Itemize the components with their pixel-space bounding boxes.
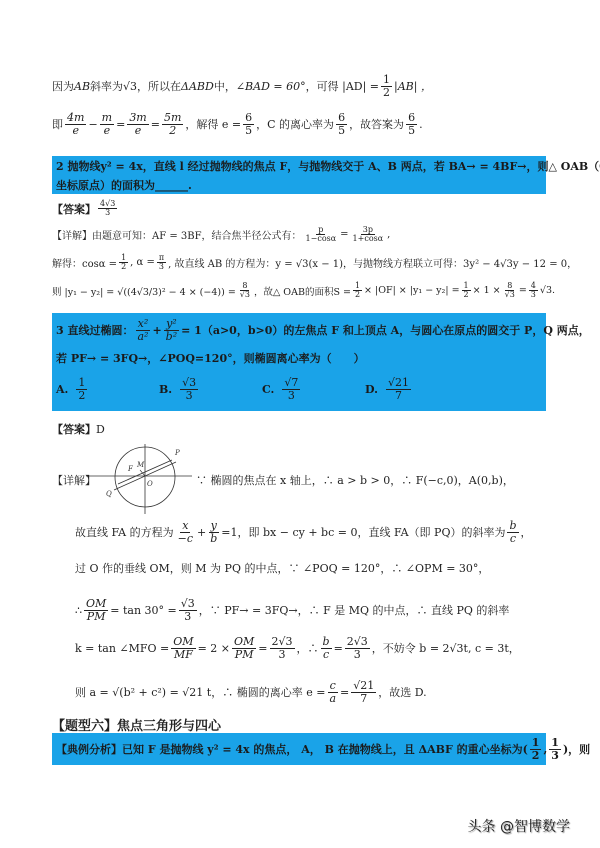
denominator: 1−cosα <box>304 235 339 243</box>
text: 3 直线过椭圆： <box>56 322 133 338</box>
numerator: m <box>100 112 114 125</box>
question-3-answer: 【答案】 D <box>52 421 105 437</box>
question-2-line-1: 2 抛物线y² = 4x，直线 l 经过抛物线的焦点 F，与抛物线交于 A、B … <box>52 156 546 175</box>
text: ，故选 D. <box>378 684 426 700</box>
prev-solution-line-2: 即 4me − me = 3me = 5m2 ，解得 e = 65 ，C 的离心… <box>52 112 423 136</box>
numerator: y <box>209 520 219 533</box>
option-label: C. <box>262 383 274 396</box>
text: ∴ <box>75 604 82 617</box>
denominator: 2 <box>353 291 362 299</box>
denominator: MF <box>172 649 195 661</box>
fraction: bc <box>507 520 518 544</box>
numerator: 1 <box>549 737 561 750</box>
denominator: PM <box>233 649 256 661</box>
answer-label: 【答案】 <box>52 421 96 437</box>
denominator: 3 <box>529 291 538 299</box>
fraction: 65 <box>406 112 417 136</box>
operator: + <box>152 324 161 337</box>
fraction: π3 <box>157 254 166 272</box>
question-3-line-2: 若 PF→ = 3FQ→，∠POQ=120°，则椭圆离心率为（ ） <box>52 347 546 369</box>
numerator: √7 <box>282 377 300 390</box>
numerator: √21 <box>386 377 411 390</box>
text: =1，即 bx − cy + bc = 0，直线 FA（即 PQ）的斜率为 <box>221 524 505 540</box>
circle-diagram: P M F O Q <box>84 442 194 514</box>
denominator: 5 <box>336 125 347 137</box>
fraction: √33 <box>179 598 197 622</box>
answer-value: D <box>96 423 105 436</box>
denominator: 2 <box>76 390 87 402</box>
math: AB <box>74 80 90 93</box>
numerator: OM <box>171 636 195 649</box>
option-fraction: √217 <box>386 377 411 401</box>
text: ，不妨令 b = 2√3t, c = 3t， <box>372 640 520 656</box>
fraction: 5m2 <box>162 112 183 136</box>
operator: = <box>116 118 125 131</box>
numerator: 4m <box>65 112 86 125</box>
text: , <box>543 743 547 756</box>
option-b[interactable]: B. √33 <box>159 377 262 401</box>
text: √3. <box>540 285 555 296</box>
operator: = <box>151 118 160 131</box>
text: = <box>340 686 349 699</box>
fraction: OMPM <box>232 636 256 660</box>
label-q: Q <box>106 490 112 498</box>
fraction: 3me <box>127 112 148 136</box>
denominator: e <box>70 125 81 137</box>
text: × |OF| × |y₁ − y₂| = <box>364 285 460 296</box>
denominator: a <box>327 693 338 705</box>
question-3-detail-label-row: 【详解】 <box>52 472 96 488</box>
denominator: 5 <box>406 125 417 137</box>
denominator: 3 <box>184 390 195 402</box>
numerator: OM <box>84 598 108 611</box>
text: = <box>519 285 527 296</box>
text: 则 |y₁ − y₂| = √((4√3/3)² − 4 × (−4)) = <box>52 284 236 298</box>
label-m: M <box>136 461 145 469</box>
text: 斜率为 <box>90 78 123 94</box>
text: , 故直线 AB 的方程为：y = √3(x − 1)，与抛物线方程联立可得：3… <box>168 255 577 270</box>
text: ，C 的离心率为 <box>256 116 334 132</box>
text: ，解得 e = <box>185 116 241 132</box>
text: ，可得 |AD| = <box>306 78 379 94</box>
example-analysis-box: 【典例分析】已知 F 是抛物线 y² = 4x 的焦点， A， B 在抛物线上，… <box>52 733 546 765</box>
text: )，则 <box>563 741 590 757</box>
fraction: 43 <box>529 282 538 300</box>
numerator: 2√3 <box>345 636 370 649</box>
denominator: c <box>508 533 518 545</box>
fraction: 65 <box>336 112 347 136</box>
fraction: 12 <box>530 737 542 761</box>
denominator: −c <box>176 533 195 545</box>
denominator: 2 <box>462 291 471 299</box>
text: 故直线 FA 的方程为 <box>75 524 174 540</box>
numerator: 6 <box>336 112 347 125</box>
fraction: ca <box>327 680 338 704</box>
text: 【典例分析】已知 F 是抛物线 y² = 4x 的焦点， A， B 在抛物线上，… <box>56 741 528 757</box>
fraction: 12 <box>462 282 471 300</box>
fraction: 12 <box>119 254 128 272</box>
numerator: 6 <box>243 112 254 125</box>
denominator: 3 <box>549 750 561 762</box>
option-label: D. <box>365 383 378 396</box>
numerator: √21 <box>351 680 376 693</box>
text: = <box>258 642 267 655</box>
prev-solution-line-1: 因为 AB 斜率为 √3 ，所以在 ΔABD 中， ∠BAD = 60° ，可得… <box>52 74 432 98</box>
denominator: 2 <box>167 125 178 137</box>
option-label: A. <box>56 383 68 396</box>
detail-label: 【详解】 <box>52 227 92 242</box>
text: 则 a = √(b² + c²) = √21 t，∴ 椭圆的离心率 e = <box>75 684 325 700</box>
detail-label: 【详解】 <box>52 472 96 488</box>
text: 由题意可知：AF = 3BF，结合焦半径公式有： <box>92 227 302 242</box>
question-3-detail-line-5: k = tan ∠MFO = OMMF = 2 × OMPM = 2√33 ，∴… <box>75 636 520 660</box>
numerator: 6 <box>406 112 417 125</box>
watermark: 头条 @智博数学 <box>468 816 570 836</box>
text: ，∴ <box>297 640 319 656</box>
option-c[interactable]: C. √73 <box>262 377 365 401</box>
text: ， <box>521 524 532 540</box>
text: = tan 30° = <box>110 604 176 617</box>
text: ，故答案为 <box>349 116 404 132</box>
fraction: x²a² <box>135 318 150 342</box>
fraction: yb <box>208 520 219 544</box>
question-2-answer: 【答案】 4√33 <box>52 200 119 218</box>
fraction: 3p1+cosα <box>351 226 386 244</box>
math: ΔABD <box>181 80 214 93</box>
denominator: √3 <box>238 291 252 299</box>
answer-fraction: 4√33 <box>98 200 117 218</box>
numerator: 2√3 <box>270 636 295 649</box>
operator: + <box>197 526 206 539</box>
fraction: 13 <box>549 737 561 761</box>
numerator: c <box>328 680 338 693</box>
text: = 1（a>0，b>0）的左焦点 F 和上顶点 A，与圆心在原点的圆交于 P，Q… <box>181 322 590 338</box>
numerator: 5m <box>162 112 183 125</box>
document-page: 因为 AB 斜率为 √3 ，所以在 ΔABD 中， ∠BAD = 60° ，可得… <box>0 0 600 848</box>
numerator: 3m <box>127 112 148 125</box>
option-label: B. <box>159 383 172 396</box>
text: . <box>419 118 423 131</box>
fraction: p1−cosα <box>304 226 339 244</box>
denominator: 5 <box>243 125 254 137</box>
option-fraction: √73 <box>282 377 300 401</box>
denominator: b² <box>164 331 179 343</box>
numerator: 1 <box>76 377 87 390</box>
question-2-line-2: 坐标原点）的面积为______. <box>52 175 546 194</box>
label-o: O <box>147 480 153 488</box>
question-3-detail-line-1: ∵ 椭圆的焦点在 x 轴上，∴ a > b > 0，∴ F(−c,0)，A(0,… <box>196 472 514 488</box>
denominator: 7 <box>358 693 369 705</box>
math: |AB| ， <box>394 78 432 94</box>
denominator: e <box>133 125 144 137</box>
denominator: 2 <box>119 263 128 271</box>
text: 中， <box>214 78 236 94</box>
option-a[interactable]: A. 12 <box>56 377 159 401</box>
text: 即 <box>52 116 63 132</box>
numerator: √3 <box>179 598 197 611</box>
denominator: a² <box>135 331 150 343</box>
fraction: 65 <box>243 112 254 136</box>
question-3-box: 3 直线过椭圆： x²a² + y²b² = 1（a>0，b>0）的左焦点 F … <box>52 313 546 411</box>
text: 解得：cosα = <box>52 255 117 270</box>
question-3-detail-line-3: 过 O 作的垂线 OM，则 M 为 PQ 的中点，∵ ∠POQ = 120°，∴… <box>75 560 489 576</box>
fraction: 8√3 <box>238 282 252 300</box>
question-3-detail-line-6: 则 a = √(b² + c²) = √21 t，∴ 椭圆的离心率 e = ca… <box>75 680 427 704</box>
question-2-box: 2 抛物线y² = 4x，直线 l 经过抛物线的焦点 F，与抛物线交于 A、B … <box>52 156 546 194</box>
fraction: 12 <box>381 74 392 98</box>
text: , α = <box>130 257 155 268</box>
numerator: x <box>180 520 190 533</box>
numerator: x² <box>136 318 151 331</box>
fraction: OMPM <box>84 598 108 622</box>
denominator: 3 <box>277 649 288 661</box>
label-f: F <box>127 465 134 473</box>
section-heading: 【题型六】焦点三角形与四心 <box>52 715 221 734</box>
question-3-detail-line-4: ∴ OMPM = tan 30° = √33 ，∵ PF→ = 3FQ→，∴ F… <box>75 598 509 622</box>
option-fraction: √33 <box>180 377 198 401</box>
fraction: √217 <box>351 680 376 704</box>
question-3-detail-line-2: 故直线 FA 的方程为 x−c + yb =1，即 bx − cy + bc =… <box>75 520 532 544</box>
fraction: OMMF <box>171 636 195 660</box>
fraction: 2√33 <box>270 636 295 660</box>
denominator: 7 <box>393 390 404 402</box>
fraction: 12 <box>353 282 362 300</box>
denominator: 3 <box>286 390 297 402</box>
denominator: 3 <box>103 209 112 217</box>
operator: = <box>340 229 348 240</box>
numerator: OM <box>232 636 256 649</box>
question-3-line-1: 3 直线过椭圆： x²a² + y²b² = 1（a>0，b>0）的左焦点 F … <box>52 313 546 347</box>
denominator: 3 <box>157 263 166 271</box>
numerator: 1 <box>530 737 542 750</box>
denominator: √3 <box>503 291 517 299</box>
question-3-options: A. 12 B. √33 C. √73 D. √217 <box>52 369 546 409</box>
option-fraction: 12 <box>76 377 87 401</box>
text: ，所以在 <box>137 78 181 94</box>
denominator: 3 <box>352 649 363 661</box>
question-2-detail-line-3: 则 |y₁ − y₂| = √((4√3/3)² − 4 × (−4)) = 8… <box>52 282 555 300</box>
denominator: 2 <box>381 87 392 99</box>
math: √3 <box>123 80 137 93</box>
fraction: 4me <box>65 112 86 136</box>
numerator: 1 <box>381 74 392 87</box>
operator: − <box>88 118 97 131</box>
label-p: P <box>174 449 180 457</box>
text: × 1 × <box>473 285 501 296</box>
text: k = tan ∠MFO = <box>75 642 169 655</box>
text: ，故△ OAB的面积S = <box>254 284 351 298</box>
text: = <box>334 642 343 655</box>
fraction: me <box>100 112 114 136</box>
denominator: c <box>321 649 331 661</box>
answer-label: 【答案】 <box>52 201 96 217</box>
fraction: y²b² <box>164 318 179 342</box>
fraction: bc <box>321 636 332 660</box>
text: = 2 × <box>198 642 230 655</box>
fraction: 2√33 <box>345 636 370 660</box>
question-2-detail-line-1: 【详解】 由题意可知：AF = 3BF，结合焦半径公式有： p1−cosα = … <box>52 226 390 244</box>
math: ∠BAD = 60° <box>236 80 306 93</box>
denominator: 1+cosα <box>351 235 386 243</box>
fraction: x−c <box>176 520 195 544</box>
text: 因为 <box>52 78 74 94</box>
denominator: e <box>102 125 113 137</box>
option-d[interactable]: D. √217 <box>365 377 468 401</box>
text: ，∵ PF→ = 3FQ→，∴ F 是 MQ 的中点，∴ 直线 PQ 的斜率 <box>199 602 510 618</box>
example-analysis-line: 【典例分析】已知 F 是抛物线 y² = 4x 的焦点， A， B 在抛物线上，… <box>52 733 546 765</box>
denominator: 2 <box>530 750 542 762</box>
denominator: PM <box>85 611 108 623</box>
text: , <box>387 229 390 240</box>
question-2-detail-line-2: 解得：cosα = 12 , α = π3 , 故直线 AB 的方程为：y = … <box>52 254 577 272</box>
denominator: b <box>208 533 219 545</box>
numerator: b <box>507 520 518 533</box>
numerator: b <box>321 636 332 649</box>
denominator: 3 <box>182 611 193 623</box>
fraction: 8√3 <box>503 282 517 300</box>
numerator: y² <box>164 318 179 331</box>
numerator: √3 <box>180 377 198 390</box>
